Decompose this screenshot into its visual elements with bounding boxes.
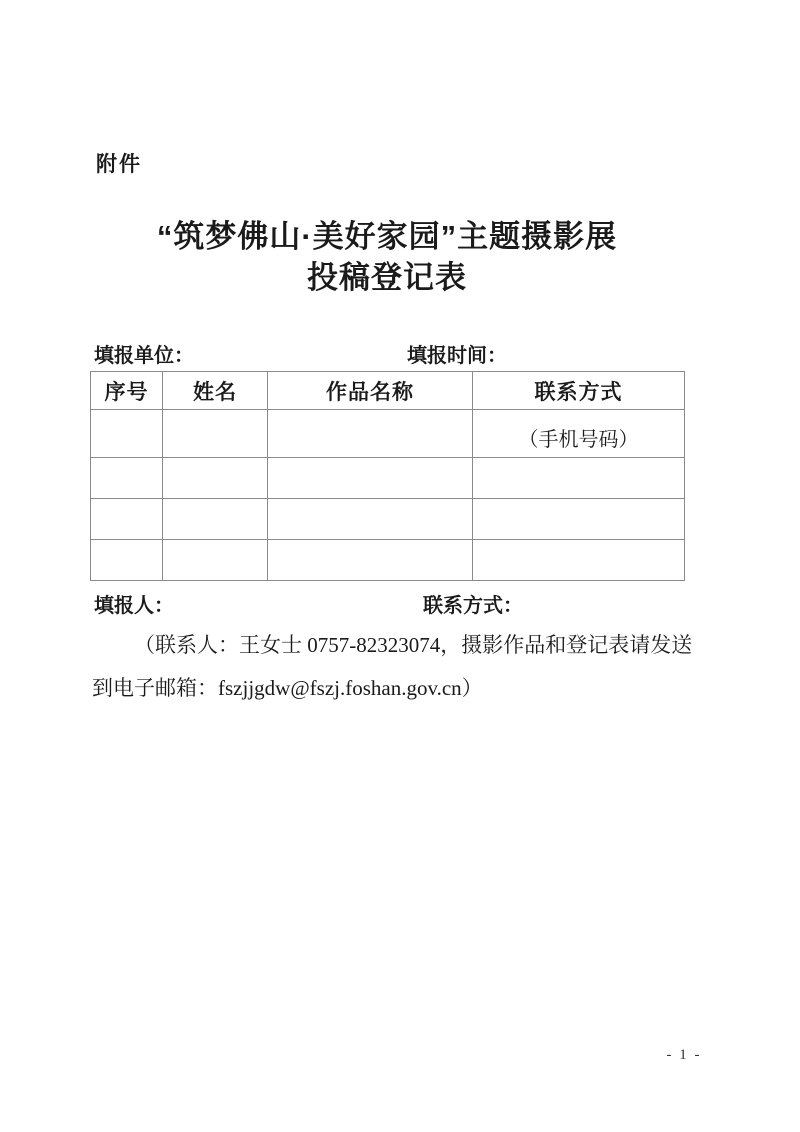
table-cell-work xyxy=(268,540,473,581)
table-cell-name xyxy=(163,540,268,581)
note-line-1: （联系人：王女士 0757-82323074，摄影作品和登记表请发送 xyxy=(92,624,710,667)
header-cell-name: 姓名 xyxy=(163,372,268,410)
table-cell-work xyxy=(268,458,473,499)
document-page: 附件 “筑梦佛山·美好家园”主题摄影展 投稿登记表 填报单位： 填报时间： 序号… xyxy=(0,0,800,1132)
table-cell-name xyxy=(163,458,268,499)
table-cell-name xyxy=(163,410,268,458)
table-cell-seq xyxy=(91,499,163,540)
filler-label: 填报人： xyxy=(94,589,174,618)
table-cell-seq xyxy=(91,458,163,499)
reporting-time-label: 填报时间： xyxy=(407,339,507,368)
table-row xyxy=(91,499,685,540)
table-cell-contact-hint: （手机号码） xyxy=(473,410,685,458)
attachment-label: 附件 xyxy=(96,148,142,178)
reporting-unit-label: 填报单位： xyxy=(94,339,194,368)
table-cell-work xyxy=(268,499,473,540)
table-cell-name xyxy=(163,499,268,540)
header-cell-work-title: 作品名称 xyxy=(268,372,473,410)
document-title: “筑梦佛山·美好家园”主题摄影展 投稿登记表 xyxy=(90,216,684,298)
table-row xyxy=(91,458,685,499)
header-cell-contact: 联系方式 xyxy=(473,372,685,410)
table-cell-contact xyxy=(473,540,685,581)
table-cell-work xyxy=(268,410,473,458)
contact-method-label: 联系方式： xyxy=(423,589,523,618)
header-cell-seq: 序号 xyxy=(91,372,163,410)
title-line-2: 投稿登记表 xyxy=(90,257,684,298)
title-line-1: “筑梦佛山·美好家园”主题摄影展 xyxy=(90,216,684,257)
table-row: （手机号码） xyxy=(91,410,685,458)
note-line-2: 到电子邮箱：fszjjgdw@fszj.foshan.gov.cn） xyxy=(92,667,710,710)
table-header-row: 序号 姓名 作品名称 联系方式 xyxy=(91,372,685,410)
table-cell-contact xyxy=(473,499,685,540)
page-number: - 1 - xyxy=(652,1047,716,1064)
table-cell-seq xyxy=(91,410,163,458)
table-cell-contact xyxy=(473,458,685,499)
table-row xyxy=(91,540,685,581)
registration-table: 序号 姓名 作品名称 联系方式 （手机号码） xyxy=(90,371,685,581)
table-cell-seq xyxy=(91,540,163,581)
contact-note: （联系人：王女士 0757-82323074，摄影作品和登记表请发送 到电子邮箱… xyxy=(92,624,710,710)
